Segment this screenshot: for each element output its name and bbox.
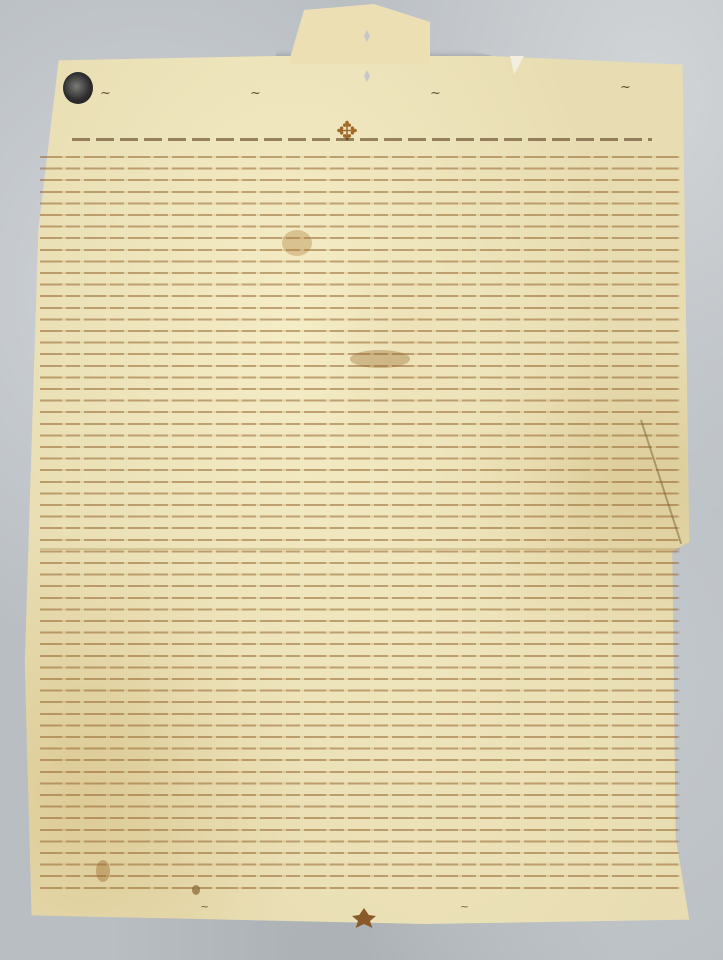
stain [192, 885, 200, 895]
bottom-signature-line: ~ [460, 900, 469, 913]
signature: ~ [620, 80, 631, 95]
fold-crease [40, 548, 680, 550]
stain [350, 350, 410, 368]
first-text-line [72, 138, 652, 141]
ink-stamp-seal [63, 72, 93, 104]
signature: ~ [430, 86, 441, 101]
manuscript-text-body [40, 150, 680, 890]
signature: ~ [250, 86, 261, 101]
stain [282, 230, 312, 256]
bottom-signature-line: ~ [200, 900, 209, 913]
signature: ~ [100, 86, 111, 101]
notarial-cross-mark-icon: ✥ [333, 118, 361, 146]
parchment-top-tab [290, 4, 430, 64]
stain [96, 860, 110, 882]
